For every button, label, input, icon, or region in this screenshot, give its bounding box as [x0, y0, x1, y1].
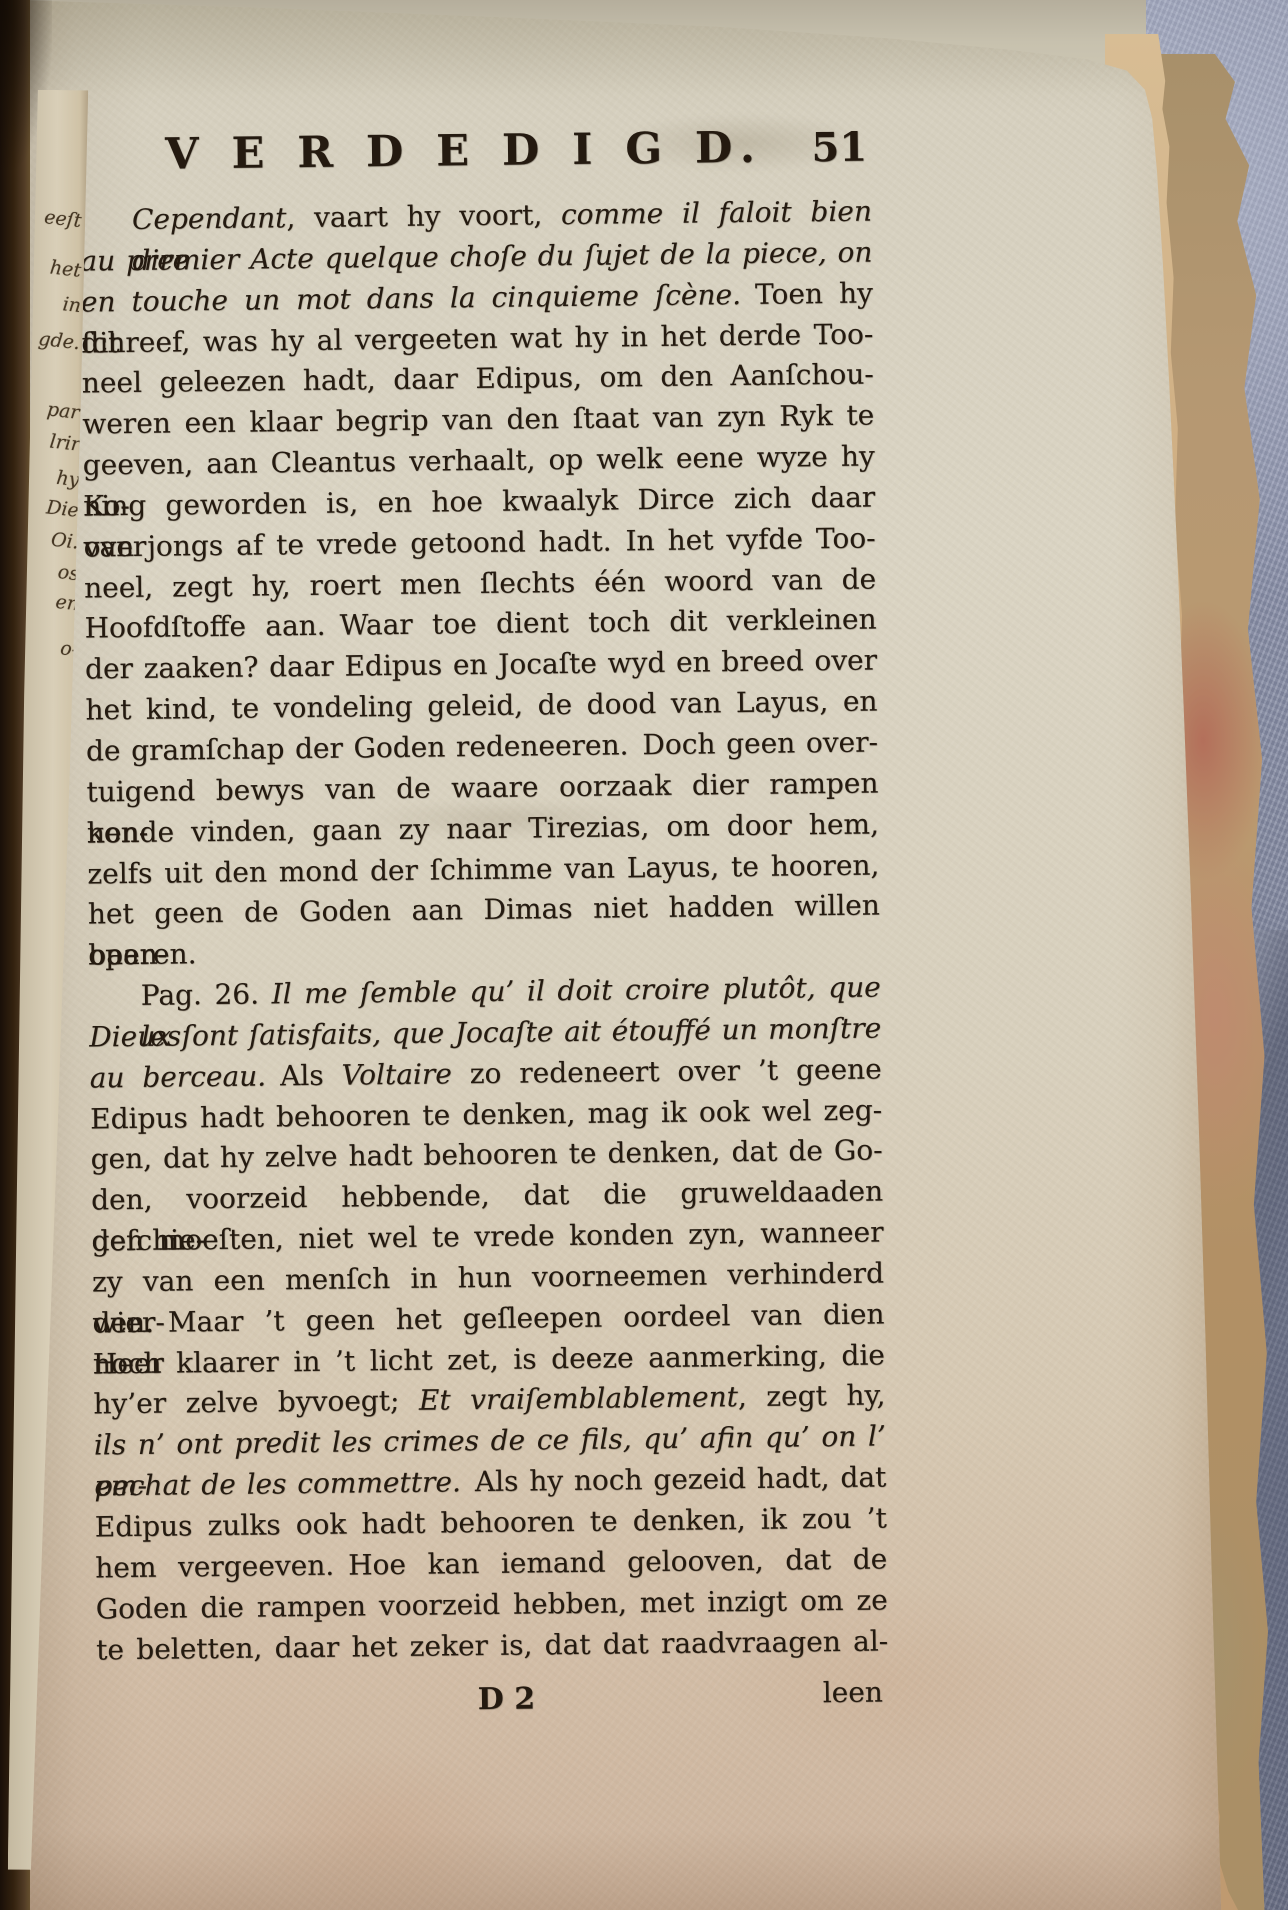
book-page: V E R D E D I G D. 51 Cependant, vaart h… [16, 0, 1226, 1910]
facing-page-text-fragment: gde. [38, 328, 82, 355]
running-header: V E R D E D I G D. 51 [79, 122, 872, 181]
facing-page-text-fragment: hy [55, 467, 80, 491]
italic-text-segment: au berceau. [90, 1059, 267, 1094]
italic-text-segment: Voltaire [341, 1057, 452, 1091]
text-segment: hy’er zelve byvoegt; [93, 1384, 419, 1421]
text-segment: den moeſten, niet wel te vrede konden zy… [91, 1216, 883, 1258]
facing-page-text-fragment: het [49, 256, 82, 281]
text-segment: Als hy noch gezeid hadt, dat [461, 1461, 887, 1499]
text-segment: van jongs af te vrede getoond hadt. In h… [83, 521, 875, 563]
text-segment: Edipus zulks ook hadt behooren te denken… [95, 1501, 887, 1543]
text-segment: , vaart hy voort, [286, 198, 561, 234]
italic-text-segment: au premier Acte quelque choſe du ſujet d… [80, 235, 872, 277]
text-segment: ſchreef, was hy al vergeeten wat hy in h… [81, 317, 873, 359]
text-segment: baaren. [88, 937, 197, 971]
italic-text-segment: Dieux ſont ſatisfaits, que Jocaſte ait é… [89, 1011, 881, 1053]
page-title: V E R D E D I G D. [165, 123, 764, 180]
body-text: Cependant, vaart hy voort, comme il falo… [80, 192, 889, 1671]
text-segment: gen, dat hy zelve hadt behooren te denke… [90, 1134, 882, 1176]
text-line: te beletten, daar het zeker is, dat dat … [96, 1621, 888, 1671]
facing-page-text-fragment: Oi. [50, 529, 80, 554]
text-segment: Als [266, 1058, 342, 1092]
text-segment: nende vinden, gaan zy naar Tirezias, om … [87, 807, 879, 849]
text-segment: zo redeneert over ’t geene [452, 1052, 882, 1090]
text-segment: Edipus hadt behooren te denken, mag ik o… [90, 1093, 882, 1135]
italic-text-segment: Et vraiſemblablement [419, 1381, 738, 1418]
text-segment: weren een klaar begrip van den ſtaat van… [82, 399, 874, 441]
italic-text-segment: Cependant [132, 201, 287, 236]
facing-page-text-fragment: par [46, 398, 81, 423]
text-segment: zelfs uit den mond der ſchimme van Layus… [87, 848, 879, 890]
text-segment: neel geleezen hadt, daar Edipus, om den … [82, 358, 874, 400]
text-segment: de gramſchap der Goden redeneeren. Doch … [86, 725, 878, 767]
text-segment: noch klaarer in ’t licht zet, is deeze a… [93, 1338, 885, 1380]
facing-page-text-fragment: in [61, 293, 82, 317]
page-number: 51 [811, 124, 871, 172]
facing-page-text-fragment: Die [46, 496, 81, 521]
facing-page-text-fragment: lrir [48, 430, 81, 455]
text-segment: der zaaken? daar Edipus en Jocaſte wyd e… [85, 644, 877, 686]
italic-text-segment: en touche un mot dans la cinquieme ſcène… [81, 278, 741, 318]
text-segment: , zegt hy, [738, 1379, 886, 1414]
text-segment: Goden die rampen voorzeid hebben, met in… [96, 1583, 888, 1625]
photograph-of-book-page: V E R D E D I G D. 51 Cependant, vaart h… [0, 0, 1288, 1910]
text-segment: Hoofdſtoffe aan. Waar toe dient toch dit… [84, 603, 876, 645]
text-segment: hem vergeeven. Hoe kan iemand gelooven, … [95, 1542, 887, 1584]
facing-page-text-fragment: eeſt [43, 206, 82, 232]
text-segment: neel, zegt hy, roert men ſlechts één woo… [84, 562, 876, 604]
italic-text-segment: pechat de les commettre. [94, 1465, 461, 1502]
text-segment: te beletten, daar het zeker is, dat dat … [96, 1624, 888, 1666]
text-segment: Pag. 26. [141, 977, 272, 1011]
signature-mark: D 2 [478, 1681, 536, 1717]
text-segment: het kind, te vondeling geleid, de dood v… [85, 685, 877, 727]
catchword: leen [823, 1676, 884, 1710]
